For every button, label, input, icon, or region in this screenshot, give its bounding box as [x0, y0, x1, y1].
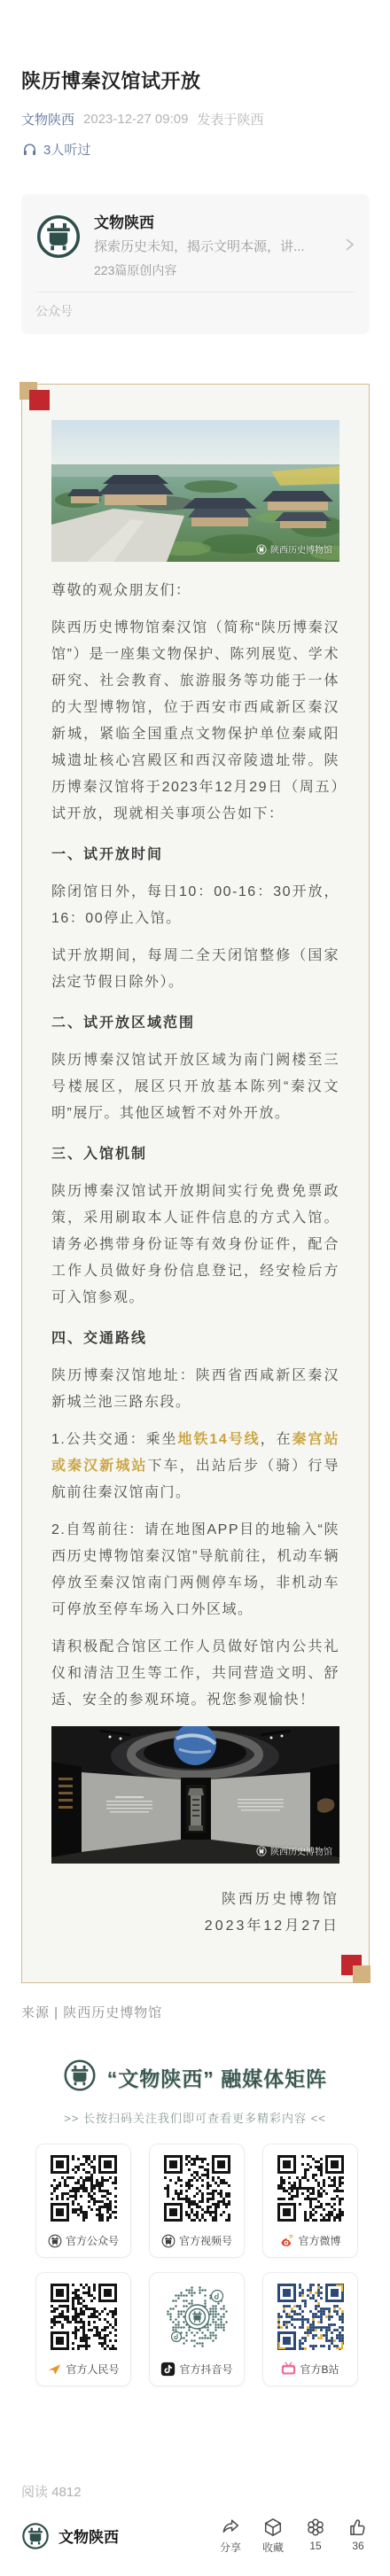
corner-decor-red	[29, 390, 50, 410]
wow-button[interactable]: 15	[305, 2517, 326, 2555]
account-description: 探索历史未知，揭示文明本源，讲...	[94, 238, 305, 256]
account-name: 文物陕西	[94, 214, 305, 233]
qr-code	[164, 2155, 230, 2226]
page-title: 陕历博秦汉馆试开放	[21, 67, 369, 96]
paragraph: 请积极配合馆区工作人员做好馆内公共礼仪和清洁卫生等工作，共同营造文明、舒适、安全…	[51, 1634, 339, 1714]
douyin-icon	[160, 2362, 175, 2377]
qr-label: 官方视频号	[179, 2233, 232, 2248]
signature-name: 陕西历史博物馆	[51, 1887, 339, 1913]
action-bar: 分享收藏1536	[220, 2517, 369, 2555]
paragraph: 陕历博秦汉馆试开放期间实行免费免票政策，采用刷取本人证件信息的方式入馆。请务必携…	[51, 1179, 339, 1311]
section-heading: 二、试开放区域范围	[51, 1010, 339, 1037]
like-icon	[347, 2517, 369, 2538]
qr-label: 官方人民号	[66, 2362, 119, 2377]
footer-account[interactable]: 文物陕西	[21, 2522, 119, 2550]
qr-card-5[interactable]: 官方抖音号	[149, 2272, 245, 2386]
paragraph: 陕西历史博物馆秦汉馆（简称“陕历博秦汉馆”）是一座集文物保护、陈列展览、学术研究…	[51, 615, 339, 828]
qr-label: 官方抖音号	[179, 2362, 232, 2377]
qr-grid: 官方公众号官方视频号官方微博官方人民号官方抖音号官方B站	[35, 2144, 358, 2386]
weibo-icon	[279, 2233, 294, 2248]
announcement-card: 陕西历史博物馆 尊敬的观众朋友们：陕西历史博物馆秦汉馆（简称“陕历博秦汉馆”）是…	[21, 384, 370, 1983]
article-body: 尊敬的观众朋友们：陕西历史博物馆秦汉馆（简称“陕历博秦汉馆”）是一座集文物保护、…	[51, 578, 339, 1714]
paragraph: 陕历博秦汉馆试开放区域为南门阙楼至三号楼展区，展区只开放基本陈列“秦汉文明”展厅…	[51, 1047, 339, 1127]
share-button[interactable]: 分享	[220, 2517, 241, 2555]
bottom-bar: 文物陕西 分享收藏1536	[21, 2517, 369, 2555]
qr-label: 官方B站	[300, 2362, 339, 2377]
matrix-logo-icon	[63, 2058, 97, 2097]
publish-location: 发表于陕西	[197, 110, 263, 128]
qr-code	[277, 2284, 344, 2354]
read-count: 4812	[51, 2485, 81, 2500]
emblem-icon	[161, 2234, 175, 2248]
share-label: 分享	[220, 2540, 241, 2555]
paragraph: 2.自驾前往：请在地图APP目的地输入“陕西历史博物馆秦汉馆”导航前往，机动车辆…	[51, 1517, 339, 1623]
watermark-logo-icon	[256, 1846, 267, 1856]
paragraph: 1.公共交通：乘坐地铁14号线，在秦宫站或秦汉新城站下车，出站后步（骑）行导航前…	[51, 1427, 339, 1506]
read-count-row: 阅读 4812	[21, 2482, 369, 2501]
like-label: 36	[352, 2540, 363, 2552]
section-heading: 一、试开放时间	[51, 842, 339, 868]
qr-card-4[interactable]: 官方人民号	[35, 2272, 131, 2386]
signature-date: 2023年12月27日	[51, 1913, 339, 1940]
divider	[35, 292, 355, 292]
listen-row[interactable]: 3人听过	[21, 140, 369, 159]
museum-aerial-photo[interactable]: 陕西历史博物馆	[51, 420, 339, 562]
paragraph: 陕历博秦汉馆地址：陕西省西咸新区秦汉新城兰池三路东段。	[51, 1363, 339, 1416]
favorite-button[interactable]: 收藏	[262, 2517, 284, 2555]
favorite-icon	[262, 2517, 284, 2538]
matrix-title: “文物陕西” 融媒体矩阵	[107, 2063, 327, 2092]
people-icon	[47, 2362, 62, 2377]
media-matrix-section: “文物陕西” 融媒体矩阵 >> 长按扫码关注我们即可查看更多精彩内容 << 官方…	[0, 2058, 390, 2386]
favorite-label: 收藏	[262, 2540, 284, 2555]
account-type-label: 公众号	[35, 302, 355, 320]
qr-label: 官方公众号	[66, 2233, 119, 2248]
signature-block: 陕西历史博物馆 2023年12月27日	[51, 1887, 339, 1982]
like-button[interactable]: 36	[347, 2517, 369, 2555]
corner-decor-tan	[353, 1965, 370, 1983]
official-account-card[interactable]: 文物陕西 探索历史未知，揭示文明本源，讲... 223篇原创内容 公众号	[21, 194, 370, 334]
footer-account-name: 文物陕西	[58, 2525, 119, 2547]
qr-card-2[interactable]: 官方视频号	[149, 2144, 245, 2258]
author-link[interactable]: 文物陕西	[21, 110, 74, 128]
qr-code	[51, 2155, 117, 2226]
paragraph: 除闭馆日外，每日10：00-16：30开放，16：00停止入馆。	[51, 879, 339, 932]
museum-interior-photo[interactable]: 陕西历史博物馆	[51, 1726, 339, 1864]
qr-code	[51, 2284, 117, 2354]
read-label: 阅读	[21, 2485, 48, 2500]
footer-account-logo-icon	[21, 2522, 50, 2550]
matrix-subtitle: >> 长按扫码关注我们即可查看更多精彩内容 <<	[0, 2109, 390, 2126]
headphone-icon	[21, 141, 38, 158]
bili-icon	[281, 2362, 296, 2377]
highlighted-text: 地铁14号线	[178, 1432, 261, 1447]
source-line: 来源 | 陕西历史博物馆	[21, 2003, 369, 2021]
qr-code	[277, 2155, 344, 2226]
qr-code	[164, 2284, 230, 2354]
wow-label: 15	[309, 2540, 321, 2552]
section-heading: 四、交通路线	[51, 1326, 339, 1352]
photo-watermark: 陕西历史博物馆	[256, 542, 332, 556]
qr-card-1[interactable]: 官方公众号	[35, 2144, 131, 2258]
paragraph: 试开放期间，每周二全天闭馆整修（国家法定节假日除外）。	[51, 943, 339, 996]
account-original-count: 223篇原创内容	[94, 261, 305, 279]
wow-icon	[305, 2517, 326, 2538]
chevron-right-icon[interactable]	[343, 237, 355, 257]
paragraph: 尊敬的观众朋友们：	[51, 578, 339, 604]
article-meta: 文物陕西 2023-12-27 09:09 发表于陕西	[21, 110, 369, 128]
section-heading: 三、入馆机制	[51, 1141, 339, 1168]
publish-date: 2023-12-27 09:09	[83, 112, 188, 127]
listen-count: 3人听过	[43, 140, 90, 159]
watermark-logo-icon	[256, 544, 267, 555]
qr-card-6[interactable]: 官方B站	[262, 2272, 358, 2386]
qr-label: 官方微博	[298, 2233, 340, 2248]
emblem-icon	[48, 2234, 62, 2248]
photo-watermark: 陕西历史博物馆	[256, 1844, 332, 1857]
share-icon	[220, 2517, 241, 2538]
account-logo-icon	[35, 214, 82, 260]
wechat-article-page: 陕历博秦汉馆试开放 文物陕西 2023-12-27 09:09 发表于陕西 3人…	[0, 67, 390, 2555]
qr-card-3[interactable]: 官方微博	[262, 2144, 358, 2258]
